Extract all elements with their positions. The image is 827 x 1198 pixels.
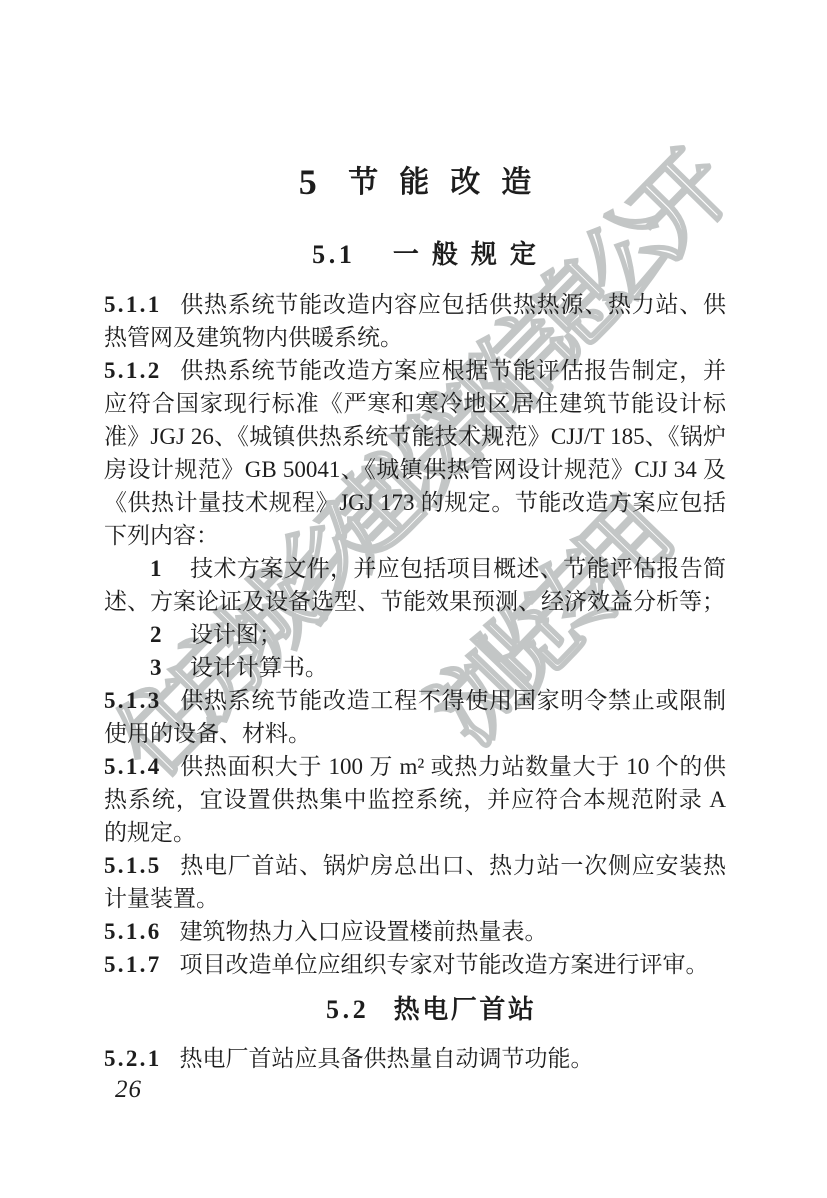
clause-5-1-5: 5.1.5热电厂首站、锅炉房总出口、热力站一次侧应安装热计量装置。 xyxy=(104,849,726,915)
chapter-heading: 5 节能改造 xyxy=(104,160,726,205)
list-item-1: 1技术方案文件，并应包括项目概述、节能评估报告简述、方案论证及设备选型、节能效果… xyxy=(104,552,726,618)
clause-text: 供热系统节能改造内容应包括供热热源、热力站、供热管网及建筑物内供暖系统。 xyxy=(104,292,726,350)
clause-5-2-1: 5.2.1热电厂首站应具备供热量自动调节功能。 xyxy=(104,1042,726,1075)
list-item-number: 3 xyxy=(150,655,164,680)
clause-text: 供热系统节能改造方案应根据节能评估报告制定，并应符合国家现行标准《严寒和寒冷地区… xyxy=(104,358,726,548)
clause-text: 供热面积大于 100 万 m² 或热力站数量大于 10 个的供热系统，宜设置供热… xyxy=(104,754,726,845)
list-item-text: 技术方案文件，并应包括项目概述、节能评估报告简述、方案论证及设备选型、节能效果预… xyxy=(104,556,726,614)
clause-number: 5.1.5 xyxy=(104,853,162,878)
list-item-text: 设计计算书。 xyxy=(190,655,328,680)
clause-5-1-7: 5.1.7项目改造单位应组织专家对节能改造方案进行评审。 xyxy=(104,948,726,981)
chapter-number: 5 xyxy=(299,162,317,202)
clause-text: 热电厂首站应具备供热量自动调节功能。 xyxy=(180,1046,594,1071)
list-item-3: 3设计计算书。 xyxy=(104,651,726,684)
section-5-1-heading: 5.1 一般规定 xyxy=(104,239,726,270)
section-5-2-number: 5.2 xyxy=(326,995,369,1024)
clause-number: 5.1.4 xyxy=(104,754,162,779)
clause-text: 供热系统节能改造工程不得使用国家明令禁止或限制使用的设备、材料。 xyxy=(104,688,726,746)
section-5-1-title: 一般规定 xyxy=(393,239,549,269)
list-item-number: 1 xyxy=(150,556,164,581)
clause-text: 建筑物热力入口应设置楼前热量表。 xyxy=(180,919,548,944)
clause-5-1-4: 5.1.4供热面积大于 100 万 m² 或热力站数量大于 10 个的供热系统，… xyxy=(104,750,726,849)
document-page: 住房城乡建设部信息公开 浏览专用 5 节能改造 5.1 一般规定 5.1.1供热… xyxy=(0,0,827,1198)
chapter-title: 节能改造 xyxy=(348,166,552,199)
clause-5-1-2: 5.1.2供热系统节能改造方案应根据节能评估报告制定，并应符合国家现行标准《严寒… xyxy=(104,354,726,552)
list-item-2: 2设计图； xyxy=(104,618,726,651)
clause-number: 5.1.6 xyxy=(104,919,162,944)
clause-number: 5.2.1 xyxy=(104,1046,162,1071)
clause-number: 5.1.2 xyxy=(104,358,162,383)
section-5-2-title: 热电厂首站 xyxy=(394,994,537,1024)
clause-5-1-6: 5.1.6建筑物热力入口应设置楼前热量表。 xyxy=(104,915,726,948)
text-column: 5 节能改造 5.1 一般规定 5.1.1供热系统节能改造内容应包括供热热源、热… xyxy=(104,0,726,1075)
clause-text: 热电厂首站、锅炉房总出口、热力站一次侧应安装热计量装置。 xyxy=(104,853,726,911)
list-item-number: 2 xyxy=(150,622,164,647)
page-number: 26 xyxy=(115,1076,142,1104)
clause-number: 5.1.3 xyxy=(104,688,162,713)
list-item-text: 设计图； xyxy=(190,622,282,647)
clause-text: 项目改造单位应组织专家对节能改造方案进行评审。 xyxy=(180,952,709,977)
clause-5-1-3: 5.1.3供热系统节能改造工程不得使用国家明令禁止或限制使用的设备、材料。 xyxy=(104,684,726,750)
clause-number: 5.1.1 xyxy=(104,292,162,317)
clause-number: 5.1.7 xyxy=(104,952,162,977)
clause-5-1-1: 5.1.1供热系统节能改造内容应包括供热热源、热力站、供热管网及建筑物内供暖系统… xyxy=(104,288,726,354)
section-5-2-heading: 5.2 热电厂首站 xyxy=(104,994,726,1025)
section-5-1-number: 5.1 xyxy=(312,240,355,269)
